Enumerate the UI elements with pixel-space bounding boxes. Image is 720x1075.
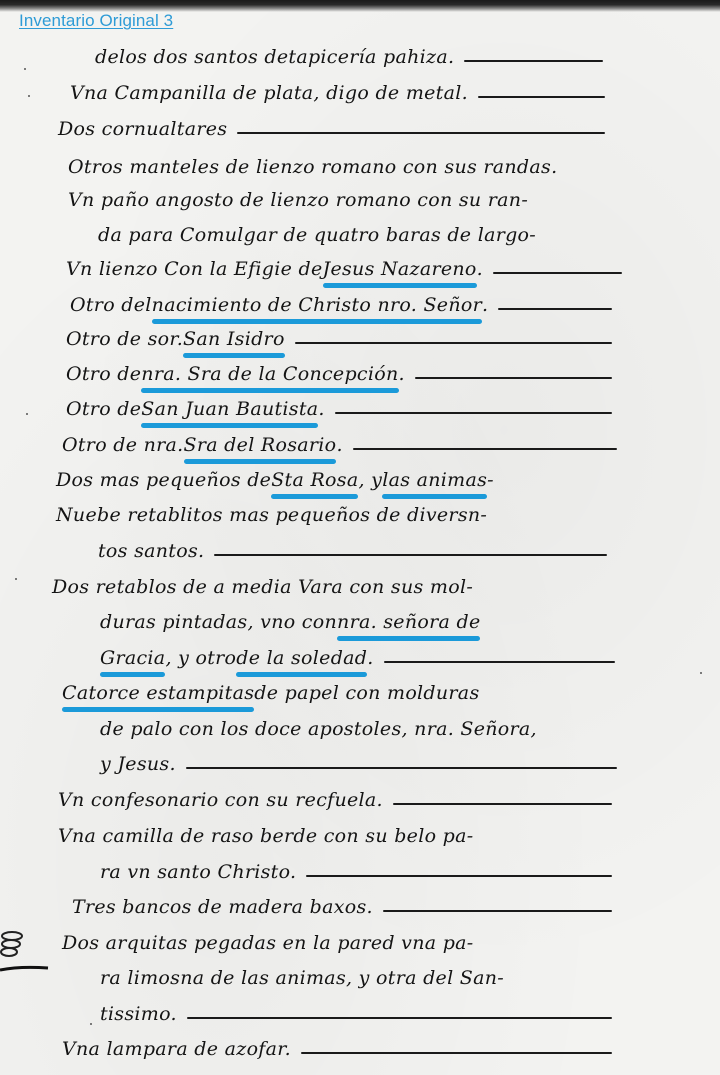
- line-text: tos santos.: [98, 540, 204, 564]
- manuscript-line: delos dos santos detapicería pahiza.: [95, 40, 603, 70]
- manuscript-line: Otro de sor. San Isidro: [66, 322, 612, 352]
- line-filler-dash: [306, 875, 612, 877]
- line-text: .: [482, 294, 488, 318]
- manuscript-line: Dos arquitas pegadas en la pared vna pa-: [62, 926, 474, 956]
- line-text: Dos retablos de a media Vara con sus mol…: [52, 576, 473, 600]
- manuscript-line: Otros manteles de lienzo romano con sus …: [68, 150, 557, 180]
- line-filler-dash: [237, 132, 605, 134]
- line-text: .: [336, 434, 342, 458]
- line-text: da para Comulgar de quatro baras de larg…: [98, 224, 536, 248]
- line-filler-dash: [384, 661, 615, 663]
- line-text: Vn paño angosto de lienzo romano con su …: [68, 189, 528, 213]
- manuscript-line: Dos cornualtares: [58, 112, 605, 142]
- highlighted-phrase: San Juan Bautista: [141, 398, 318, 422]
- highlighted-phrase: de la soledad: [236, 647, 367, 671]
- line-text: .: [477, 258, 483, 282]
- manuscript-line: Vn confesonario con su recfuela.: [58, 783, 612, 813]
- line-filler-dash: [295, 342, 612, 344]
- highlighted-phrase: nacimiento de Christo nro. Señor: [152, 294, 482, 318]
- paper-speck: [700, 672, 702, 674]
- manuscript-line: Catorce estampitas de papel con molduras: [62, 676, 480, 706]
- highlighted-phrase: nra. señora de: [337, 611, 480, 635]
- line-text: Vna lampara de azofar.: [62, 1038, 291, 1062]
- line-text: Vna camilla de raso berde con su belo pa…: [58, 825, 473, 849]
- document-page: Inventario Original 3 delos dos santos d…: [0, 0, 720, 1075]
- line-text: delos dos santos detapicería pahiza.: [95, 46, 454, 70]
- line-text: -: [487, 469, 494, 493]
- paper-speck: [90, 1023, 92, 1025]
- manuscript-line: Otro de nra. Sra del Rosario.: [62, 428, 617, 458]
- line-text: .: [318, 398, 324, 422]
- manuscript-line: Vna Campanilla de plata, digo de metal.: [70, 76, 605, 106]
- manuscript-line: ra limosna de las animas, y otra del San…: [100, 961, 504, 991]
- line-filler-dash: [393, 803, 612, 805]
- manuscript-line: duras pintadas, vno con nra. señora de: [100, 605, 480, 635]
- line-text: y Jesus.: [100, 753, 176, 777]
- line-filler-dash: [415, 377, 612, 379]
- line-filler-dash: [383, 910, 612, 912]
- paper-speck: [24, 68, 26, 70]
- line-text: Vna Campanilla de plata, digo de metal.: [70, 82, 468, 106]
- line-filler-dash: [186, 767, 617, 769]
- line-text: .: [399, 363, 405, 387]
- manuscript-line: Vn lienzo Con la Efigie de Jesus Nazaren…: [66, 252, 622, 282]
- line-text: Dos cornualtares: [58, 118, 227, 142]
- line-text: Dos mas pequeños de: [56, 469, 271, 493]
- line-text: ra limosna de las animas, y otra del San…: [100, 967, 504, 991]
- manuscript-line: Otro del nacimiento de Christo nro. Seño…: [70, 288, 612, 318]
- line-filler-dash: [353, 448, 617, 450]
- manuscript-line: ra vn santo Christo.: [100, 855, 612, 885]
- line-text: Nuebe retablitos mas pequeños de diversn…: [56, 504, 487, 528]
- manuscript-line: Otro de nra. Sra de la Concepción.: [66, 357, 612, 387]
- manuscript-line: Nuebe retablitos mas pequeños de diversn…: [56, 498, 487, 528]
- manuscript-line: Vna lampara de azofar.: [62, 1032, 612, 1062]
- manuscript-line: de palo con los doce apostoles, nra. Señ…: [100, 712, 537, 742]
- highlighted-phrase: San Isidro: [183, 328, 285, 352]
- manuscript-line: Vn paño angosto de lienzo romano con su …: [68, 183, 528, 213]
- line-filler-dash: [187, 1017, 612, 1019]
- line-text: duras pintadas, vno con: [100, 611, 337, 635]
- line-filler-dash: [335, 412, 612, 414]
- highlighted-phrase: Sta Rosa: [271, 469, 358, 493]
- highlighted-phrase: nra. Sra de la Concepción: [141, 363, 398, 387]
- highlighted-phrase: Jesus Nazareno: [323, 258, 477, 282]
- line-text: , y otro: [165, 647, 236, 671]
- line-filler-dash: [498, 308, 612, 310]
- line-text: Dos arquitas pegadas en la pared vna pa-: [62, 932, 474, 956]
- paper-speck: [15, 578, 17, 580]
- highlighted-phrase: las animas: [382, 469, 487, 493]
- line-text: Vn confesonario con su recfuela.: [58, 789, 383, 813]
- manuscript-line: Vna camilla de raso berde con su belo pa…: [58, 819, 473, 849]
- highlighted-phrase: Catorce estampitas: [62, 682, 254, 706]
- line-text: Otro del: [70, 294, 152, 318]
- line-text: de papel con molduras: [254, 682, 479, 706]
- manuscript-line: Gracia, y otro de la soledad.: [100, 641, 615, 671]
- manuscript-line: Otro de San Juan Bautista.: [66, 392, 612, 422]
- line-filler-dash: [464, 60, 603, 62]
- line-text: Otro de: [66, 363, 141, 387]
- line-text: , y: [358, 469, 382, 493]
- line-text: tissimo.: [100, 1003, 177, 1027]
- line-text: de palo con los doce apostoles, nra. Señ…: [100, 718, 537, 742]
- manuscript-line: Dos mas pequeños de Sta Rosa, y las anim…: [56, 463, 494, 493]
- line-filler-dash: [214, 554, 607, 556]
- line-text: Otro de sor.: [66, 328, 183, 352]
- line-text: Tres bancos de madera baxos.: [72, 896, 373, 920]
- line-text: Vn lienzo Con la Efigie de: [66, 258, 323, 282]
- highlighted-phrase: Gracia: [100, 647, 165, 671]
- manuscript-line: y Jesus.: [100, 747, 617, 777]
- paper-speck: [28, 95, 30, 97]
- line-text: Otro de: [66, 398, 141, 422]
- document-title-link[interactable]: Inventario Original 3: [19, 11, 173, 31]
- margin-flourish-icon: [0, 928, 50, 988]
- manuscript-line: da para Comulgar de quatro baras de larg…: [98, 218, 536, 248]
- line-text: Otros manteles de lienzo romano con sus …: [68, 156, 557, 180]
- line-text: ra vn santo Christo.: [100, 861, 296, 885]
- manuscript-line: Dos retablos de a media Vara con sus mol…: [52, 570, 473, 600]
- line-text: Otro de nra.: [62, 434, 184, 458]
- line-filler-dash: [301, 1052, 612, 1054]
- line-filler-dash: [493, 272, 622, 274]
- line-text: .: [367, 647, 373, 671]
- manuscript-line: tos santos.: [98, 534, 607, 564]
- line-filler-dash: [478, 96, 605, 98]
- manuscript-line: tissimo.: [100, 997, 612, 1027]
- manuscript-line: Tres bancos de madera baxos.: [72, 890, 612, 920]
- highlighted-phrase: Sra del Rosario: [184, 434, 337, 458]
- paper-speck: [26, 413, 28, 415]
